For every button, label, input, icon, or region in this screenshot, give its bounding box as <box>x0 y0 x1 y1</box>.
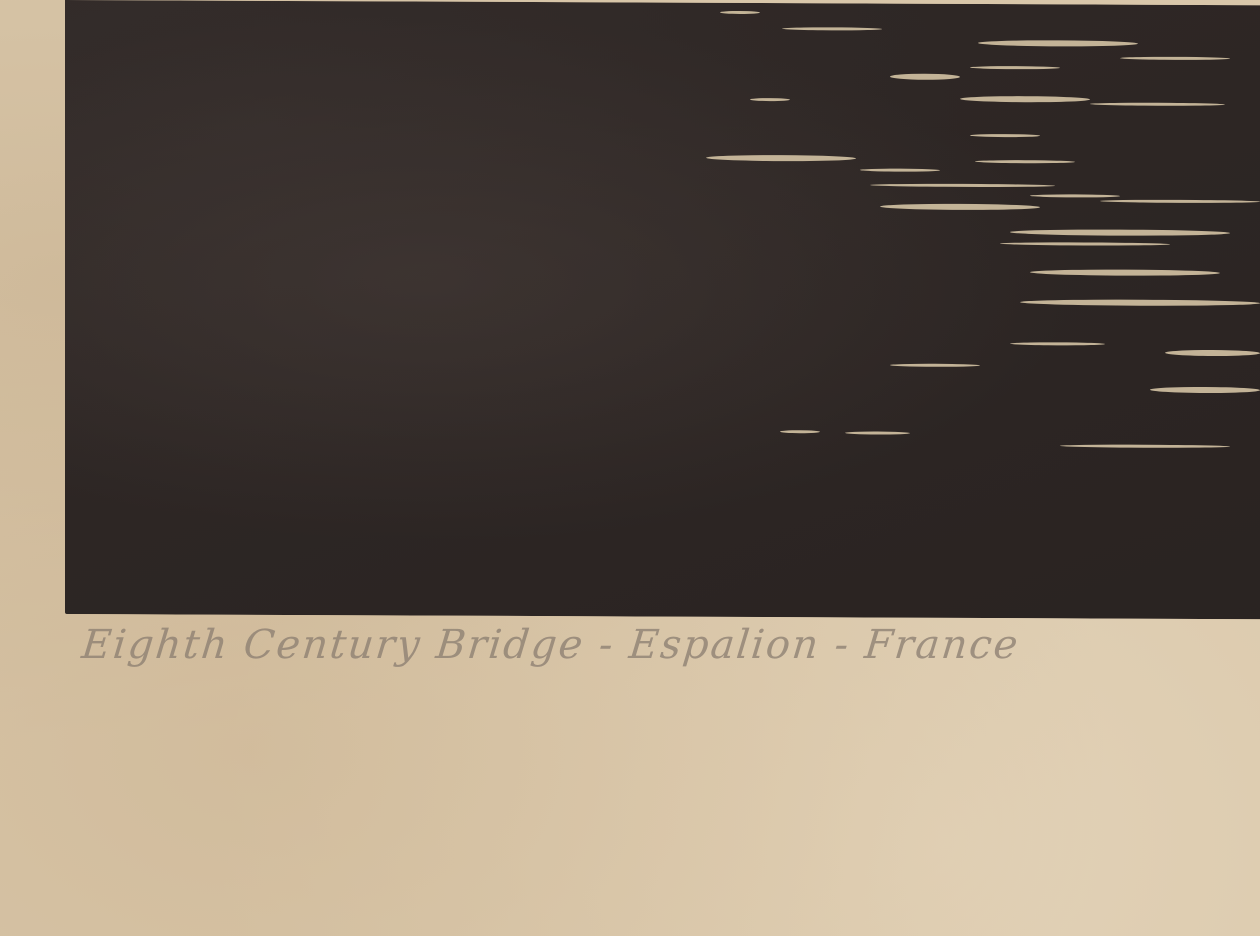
woodblock-print-image <box>65 0 1260 619</box>
water-reflection-stroke <box>1020 299 1260 306</box>
water-reflection-stroke <box>1030 194 1120 197</box>
water-reflection-stroke <box>890 364 980 367</box>
water-reflection-stroke <box>880 204 1040 211</box>
water-reflection-stroke <box>1000 242 1170 246</box>
water-reflection-stroke <box>1100 200 1260 204</box>
water-reflection-stroke <box>1060 444 1230 448</box>
water-reflection-stroke <box>845 431 910 434</box>
water-reflection-stroke <box>750 98 790 101</box>
water-reflection-stroke <box>780 430 820 433</box>
water-reflection-stroke <box>860 168 940 171</box>
water-reflection-stroke <box>1150 387 1260 393</box>
water-reflection-stroke <box>890 74 960 80</box>
water-reflection-stroke <box>978 40 1138 47</box>
water-reflection-stroke <box>1030 269 1220 276</box>
water-reflection-stroke <box>1010 229 1230 236</box>
water-reflection-stroke <box>1165 350 1260 356</box>
water-reflection-stroke <box>706 155 856 162</box>
water-reflection-stroke <box>970 134 1040 137</box>
water-reflection-stroke <box>720 11 760 14</box>
water-reflection-stroke <box>960 96 1090 103</box>
water-reflection-stroke <box>970 66 1060 69</box>
water-reflection-stroke <box>1090 102 1225 106</box>
handwritten-caption: Eighth Century Bridge - Espalion - Franc… <box>80 622 1185 668</box>
water-reflection-stroke <box>975 160 1075 163</box>
water-reflection-stroke <box>782 27 882 30</box>
water-reflection-stroke <box>1120 57 1230 60</box>
water-reflection-stroke <box>1010 342 1105 345</box>
water-reflection-stroke <box>870 184 1055 188</box>
